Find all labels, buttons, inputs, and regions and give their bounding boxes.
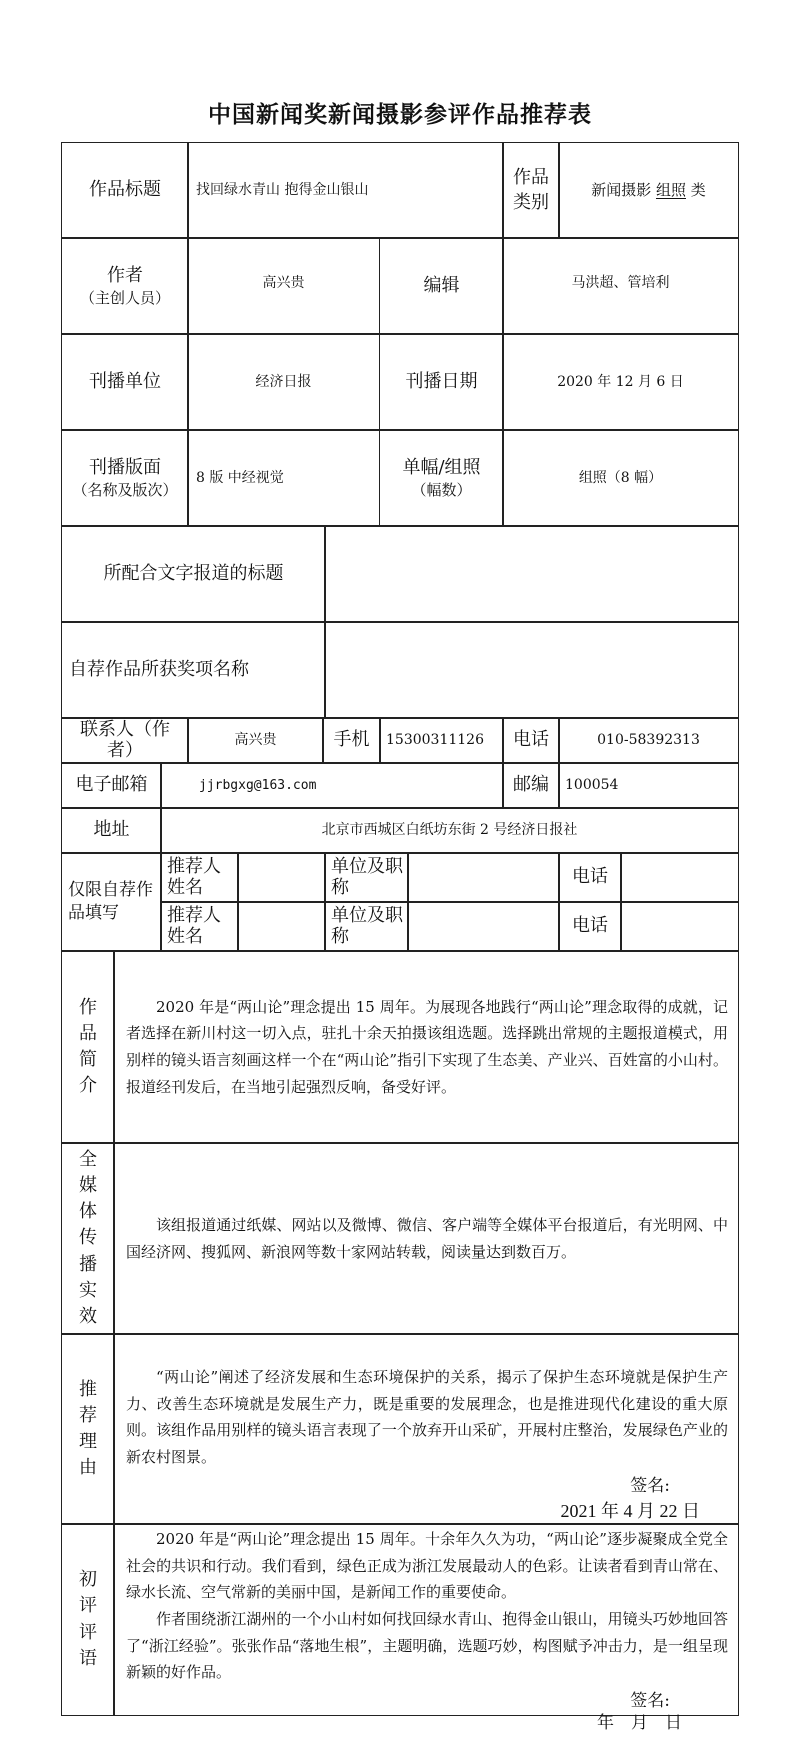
reason-text: “两山论”阐述了经济发展和生态环境保护的关系，揭示了保护生态环境就是保护生产力、… xyxy=(126,1364,728,1471)
recommender-phone-label-2: 电话 xyxy=(558,901,622,952)
review-date: 年 月 日 xyxy=(126,1714,728,1733)
recommender-name-label-1: 推荐人姓名 xyxy=(160,852,239,903)
media-effect-label: 全媒体传播实效 xyxy=(61,1142,115,1335)
contact-value[interactable]: 高兴贵 xyxy=(187,717,324,764)
publish-date-label: 刊播日期 xyxy=(379,333,504,431)
recommender-phone-2[interactable] xyxy=(620,901,739,952)
page-label-cell: 刊播版面 （名称及版次） xyxy=(61,429,189,527)
page-label: 刊播版面 xyxy=(89,456,161,480)
work-title-value[interactable]: 找回绿水青山 抱得金山银山 xyxy=(187,142,504,239)
editor-value[interactable]: 马洪超、管培利 xyxy=(502,237,739,335)
summary-label: 作品简介 xyxy=(61,950,115,1144)
author-value[interactable]: 高兴贵 xyxy=(187,237,380,335)
recommender-unit-label-1: 单位及职称 xyxy=(324,852,409,903)
caption-title-value[interactable] xyxy=(324,525,739,623)
awards-label: 自荐作品所获奖项名称 xyxy=(61,621,326,719)
email-label: 电子邮箱 xyxy=(61,762,162,809)
recommender-unit-2[interactable] xyxy=(407,901,560,952)
recommender-name-2[interactable] xyxy=(237,901,326,952)
category-value[interactable]: 新闻摄影 组照 类 xyxy=(558,142,739,239)
photo-type-label: 单幅/组照 xyxy=(402,456,480,480)
self-rec-label: 仅限自荐作品填写 xyxy=(61,852,162,952)
category-label: 作品类别 xyxy=(502,142,560,239)
address-value[interactable]: 北京市西城区白纸坊东街 2 号经济日报社 xyxy=(160,807,739,854)
page-value[interactable]: 8 版 中经视觉 xyxy=(187,429,380,527)
summary-text: 2020 年是“两山论”理念提出 15 周年。为展现各地践行“两山论”理念取得的… xyxy=(126,994,728,1101)
recommender-unit-1[interactable] xyxy=(407,852,560,903)
phone-value[interactable]: 010-58392313 xyxy=(558,717,739,764)
publisher-label: 刊播单位 xyxy=(61,333,189,431)
review-sign-label: 签名: xyxy=(126,1690,728,1714)
recommender-phone-label-1: 电话 xyxy=(558,852,622,903)
mobile-value[interactable]: 15300311126 xyxy=(379,717,504,764)
reason-sign-label: 签名: xyxy=(126,1475,728,1499)
mobile-label: 手机 xyxy=(322,717,381,764)
review-text-2: 作者围绕浙江湖州的一个小山村如何找回绿水青山、抱得金山银山，用镜头巧妙地回答了“… xyxy=(126,1606,728,1686)
recommender-name-label-2: 推荐人姓名 xyxy=(160,901,239,952)
media-effect-text: 该组报道通过纸媒、网站以及微博、微信、客户端等全媒体平台报道后，有光明网、中国经… xyxy=(126,1212,728,1265)
recommender-phone-1[interactable] xyxy=(620,852,739,903)
reason-text-cell[interactable]: “两山论”阐述了经济发展和生态环境保护的关系，揭示了保护生态环境就是保护生产力、… xyxy=(113,1333,739,1525)
editor-label: 编辑 xyxy=(379,237,504,335)
phone-label: 电话 xyxy=(502,717,560,764)
zip-label: 邮编 xyxy=(502,762,560,809)
reason-date: 2021 年 4 月 22 日 xyxy=(126,1499,728,1524)
form-title: 中国新闻奖新闻摄影参评作品推荐表 xyxy=(0,96,800,129)
photo-type-value[interactable]: 组照（8 幅） xyxy=(502,429,739,527)
author-sublabel: （主创人员） xyxy=(80,288,170,308)
review-text-1: 2020 年是“两山论”理念提出 15 周年。十余年久久为功，“两山论”逐步凝聚… xyxy=(126,1526,728,1606)
zip-value[interactable]: 100054 xyxy=(558,762,739,809)
author-label: 作者 xyxy=(107,264,143,288)
awards-value[interactable] xyxy=(324,621,739,719)
category-prefix: 新闻摄影 xyxy=(591,180,651,200)
photo-type-sublabel: （幅数） xyxy=(411,480,471,500)
work-title-label: 作品标题 xyxy=(61,142,189,239)
email-value[interactable]: jjrbgxg@163.com xyxy=(160,762,504,809)
page-sublabel: （名称及版次） xyxy=(72,480,177,500)
contact-label: 联系人（作者） xyxy=(61,717,189,764)
reason-label: 推荐理由 xyxy=(61,1333,115,1525)
publisher-value[interactable]: 经济日报 xyxy=(187,333,380,431)
recommender-name-1[interactable] xyxy=(237,852,326,903)
recommender-unit-label-2: 单位及职称 xyxy=(324,901,409,952)
summary-text-cell[interactable]: 2020 年是“两山论”理念提出 15 周年。为展现各地践行“两山论”理念取得的… xyxy=(113,950,739,1144)
caption-title-label: 所配合文字报道的标题 xyxy=(61,525,326,623)
author-label-cell: 作者 （主创人员） xyxy=(61,237,189,335)
address-label: 地址 xyxy=(61,807,162,854)
review-text-cell[interactable]: 2020 年是“两山论”理念提出 15 周年。十余年久久为功，“两山论”逐步凝聚… xyxy=(113,1523,739,1716)
media-effect-text-cell[interactable]: 该组报道通过纸媒、网站以及微博、微信、客户端等全媒体平台报道后，有光明网、中国经… xyxy=(113,1142,739,1335)
review-label: 初评评语 xyxy=(61,1523,115,1716)
publish-date-value[interactable]: 2020 年 12 月 6 日 xyxy=(502,333,739,431)
category-type: 组照 xyxy=(656,180,686,200)
photo-type-label-cell: 单幅/组照 （幅数） xyxy=(379,429,504,527)
category-suffix: 类 xyxy=(691,180,706,200)
